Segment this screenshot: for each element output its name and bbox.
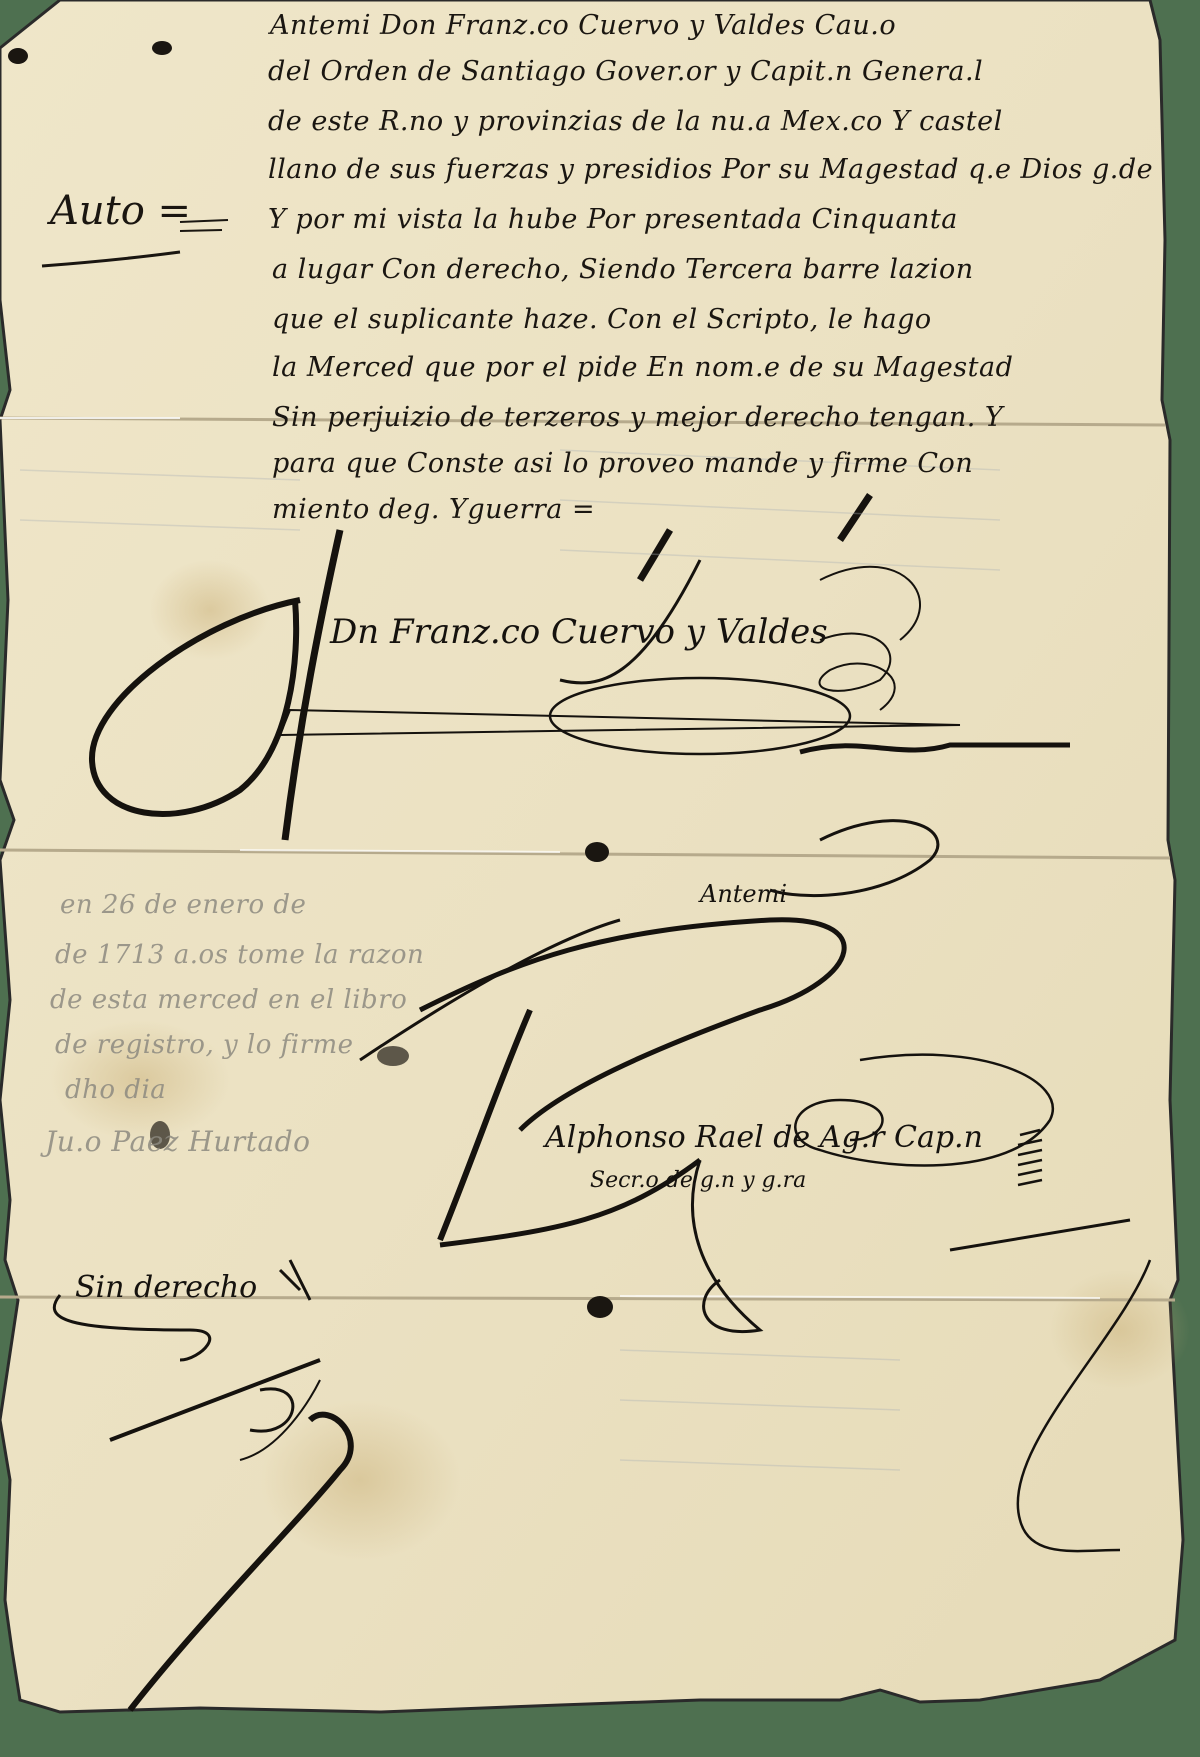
signature-rael-title: Secr.o de g.n y g.ra xyxy=(590,1168,806,1193)
note-line: Ju.o Paez Hurtado xyxy=(45,1125,310,1158)
sin-derecho-note: Sin derecho xyxy=(75,1270,257,1305)
text-line: a lugar Con derecho, Siendo Tercera barr… xyxy=(272,254,974,285)
text-line: de este R.no y provinzias de la nu.a Mex… xyxy=(268,106,1003,137)
note-line: de 1713 a.os tome la razon xyxy=(55,940,424,970)
signature-cuervo-name: Dn Franz.co Cuervo y Valdes xyxy=(330,612,828,652)
text-line: para que Conste asi lo proveo mande y fi… xyxy=(272,448,973,479)
text-line: Sin perjuizio de terzeros y mejor derech… xyxy=(272,402,1003,433)
manuscript-page: Auto = Antemi Don Franz.co Cuervo y Vald… xyxy=(0,0,1200,1757)
note-line: en 26 de enero de xyxy=(60,890,306,920)
text-line: Antemi Don Franz.co Cuervo y Valdes Cau.… xyxy=(270,10,896,41)
text-line: que el suplicante haze. Con el Scripto, … xyxy=(272,304,932,335)
text-line: Y por mi vista la hube Por presentada Ci… xyxy=(268,204,958,235)
signature-name: Franz.co Cuervo y Valdes xyxy=(390,612,828,652)
attestation-antemi: Antemi xyxy=(700,880,787,908)
note-line: dho dia xyxy=(65,1075,166,1105)
signature-rael-name: Alphonso Rael de Ag.r Cap.n xyxy=(545,1120,983,1155)
text-line: la Merced que por el pide En nom.e de su… xyxy=(272,352,1013,383)
note-line: de registro, y lo firme xyxy=(55,1030,354,1060)
text-line: miento deg. Yguerra = xyxy=(272,494,595,525)
signature-prefix: Dn xyxy=(330,612,379,652)
note-line: de esta merced en el libro xyxy=(50,985,407,1015)
text-line: llano de sus fuerzas y presidios Por su … xyxy=(268,154,1153,185)
margin-heading-auto: Auto = xyxy=(50,188,191,234)
text-line: del Orden de Santiago Gover.or y Capit.n… xyxy=(268,56,983,87)
